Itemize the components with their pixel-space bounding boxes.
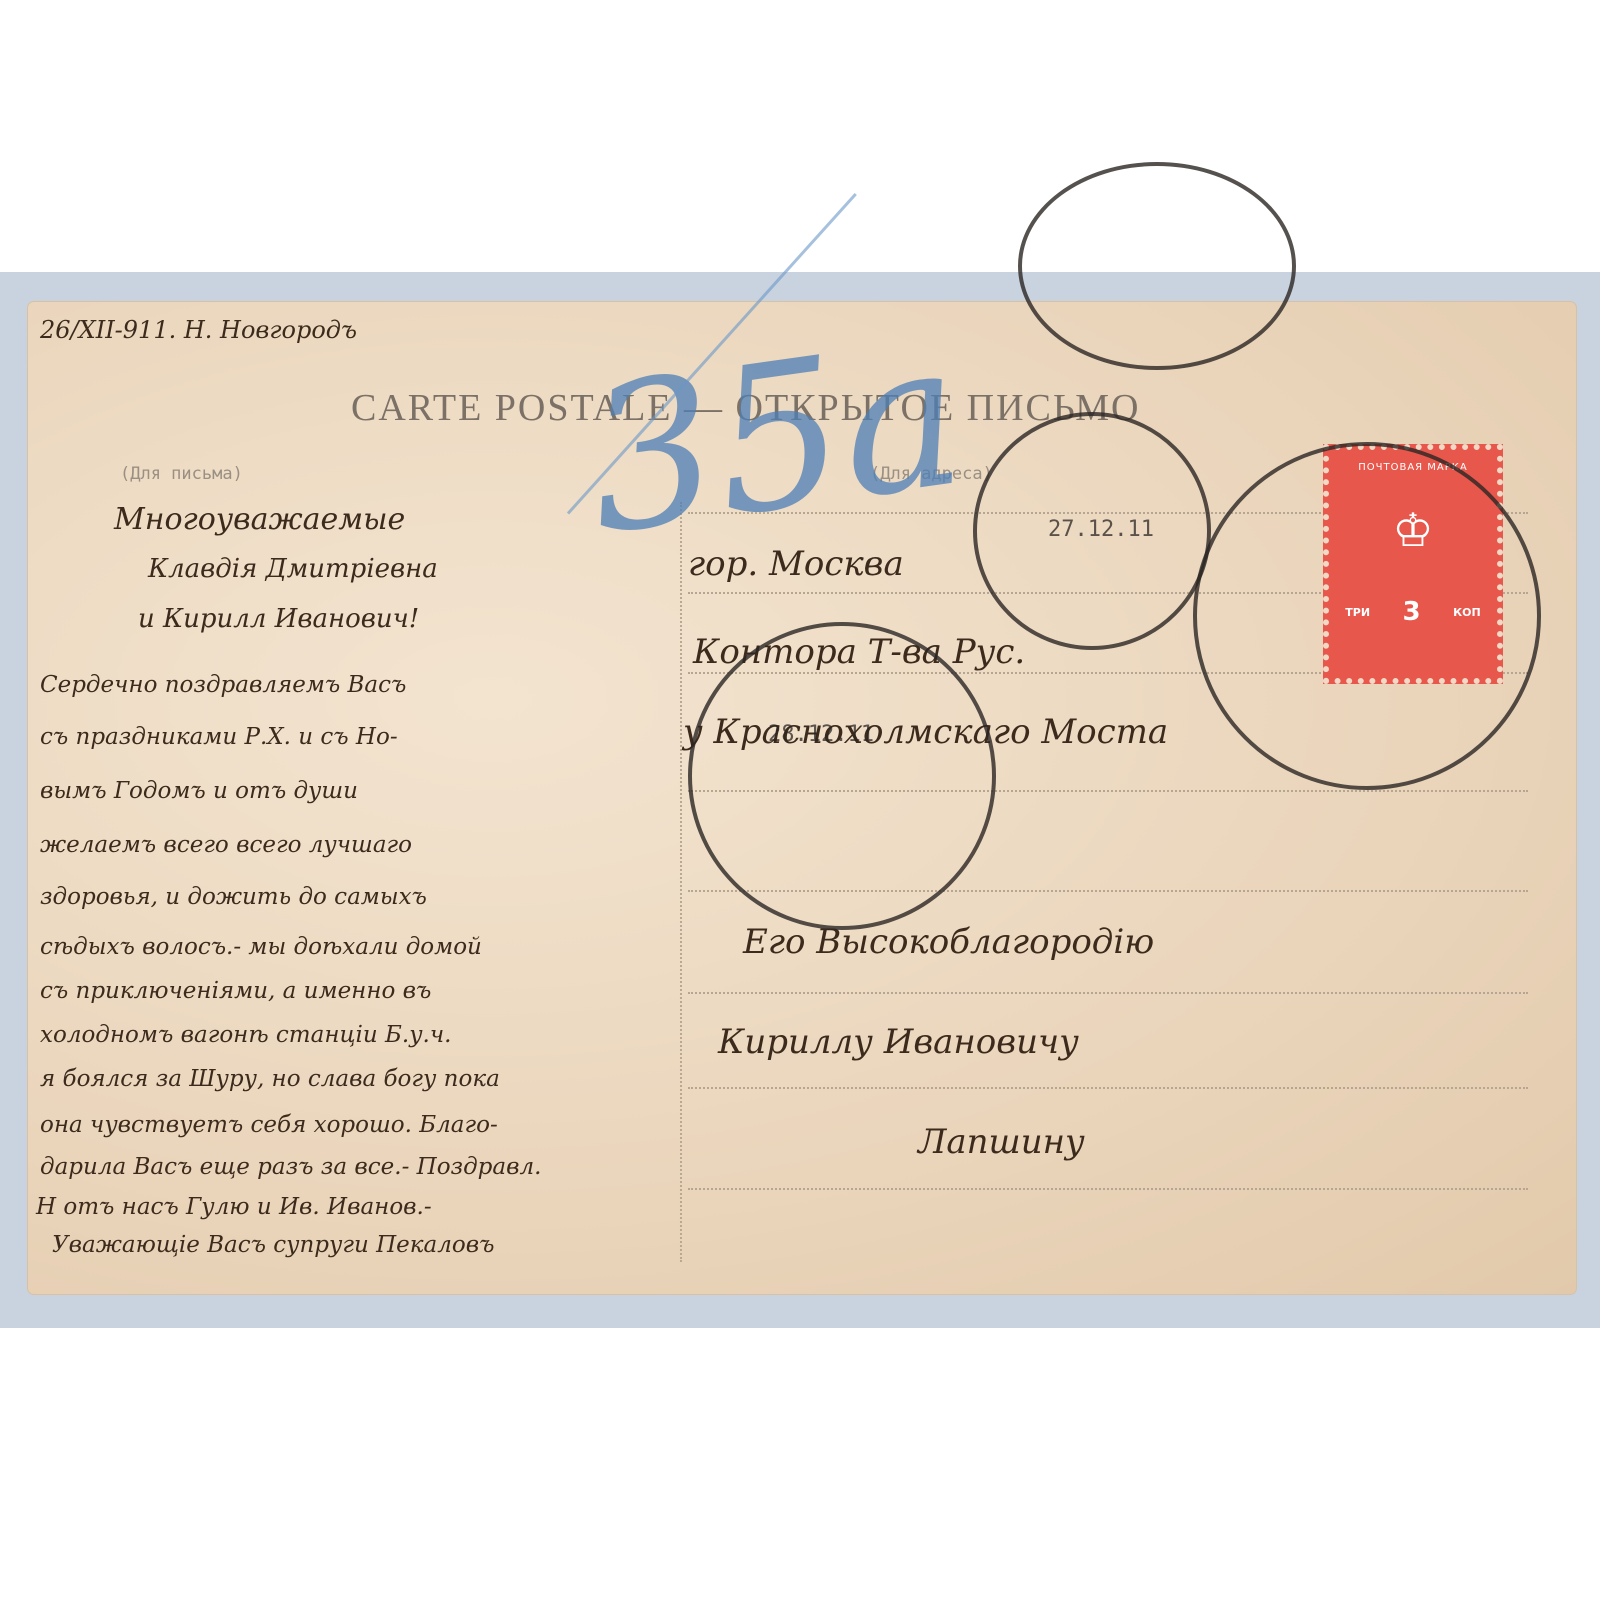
- address-line-text: Лапшину: [918, 1122, 1085, 1162]
- message-line: съ праздниками Р.Х. и съ Но-: [40, 724, 398, 750]
- message-line: сѣдыхъ волосъ.- мы доѣхали домой: [40, 934, 482, 960]
- postmark-date: 27.12.11: [1048, 517, 1154, 542]
- postmark-moscow: [688, 622, 996, 930]
- center-divider: [680, 502, 682, 1262]
- message-line: я боялся за Шуру, но слава богу пока: [40, 1066, 500, 1092]
- message-line: Сердечно поздравляемъ Васъ: [40, 672, 406, 698]
- address-line: [688, 1188, 1528, 1190]
- message-line: Клавдія Дмитріевна: [148, 554, 438, 584]
- message-line: вымъ Годомъ и отъ души: [40, 778, 358, 804]
- address-line-text: Его Высокоблагородію: [743, 922, 1154, 962]
- message-line: Уважающіе Васъ супруги Пекаловъ: [52, 1232, 494, 1258]
- postmark-top: [1018, 162, 1296, 370]
- message-label: (Для письма): [120, 464, 243, 484]
- message-line: и Кирилл Иванович!: [138, 604, 419, 634]
- postcard: CARTE POSTALE — ОТКРЫТОЕ ПИСЬМО (Для пис…: [28, 302, 1576, 1294]
- message-line: дарила Васъ еще разъ за все.- Поздравл.: [40, 1154, 541, 1180]
- message-line: съ приключеніями, а именно въ: [40, 978, 431, 1004]
- message-line: Н отъ насъ Гулю и Ив. Иванов.-: [36, 1194, 432, 1220]
- message-line: она чувствуетъ себя хорошо. Благо-: [40, 1112, 498, 1138]
- message-line: Многоуважаемые: [114, 502, 405, 537]
- address-line: [688, 992, 1528, 994]
- postmark-date: 28.12.11: [768, 722, 874, 747]
- address-line-text: Кириллу Ивановичу: [718, 1022, 1079, 1062]
- postmark-nizhny-2: [1193, 442, 1541, 790]
- message-line: желаемъ всего всего лучшаго: [40, 832, 412, 858]
- address-line: [688, 1087, 1528, 1089]
- date-place: 26/XII-911. Н. Новгородъ: [40, 316, 357, 344]
- message-line: здоровья, и дожить до самыхъ: [40, 884, 427, 910]
- message-line: холодномъ вагонѣ станціи Б.у.ч.: [40, 1022, 451, 1048]
